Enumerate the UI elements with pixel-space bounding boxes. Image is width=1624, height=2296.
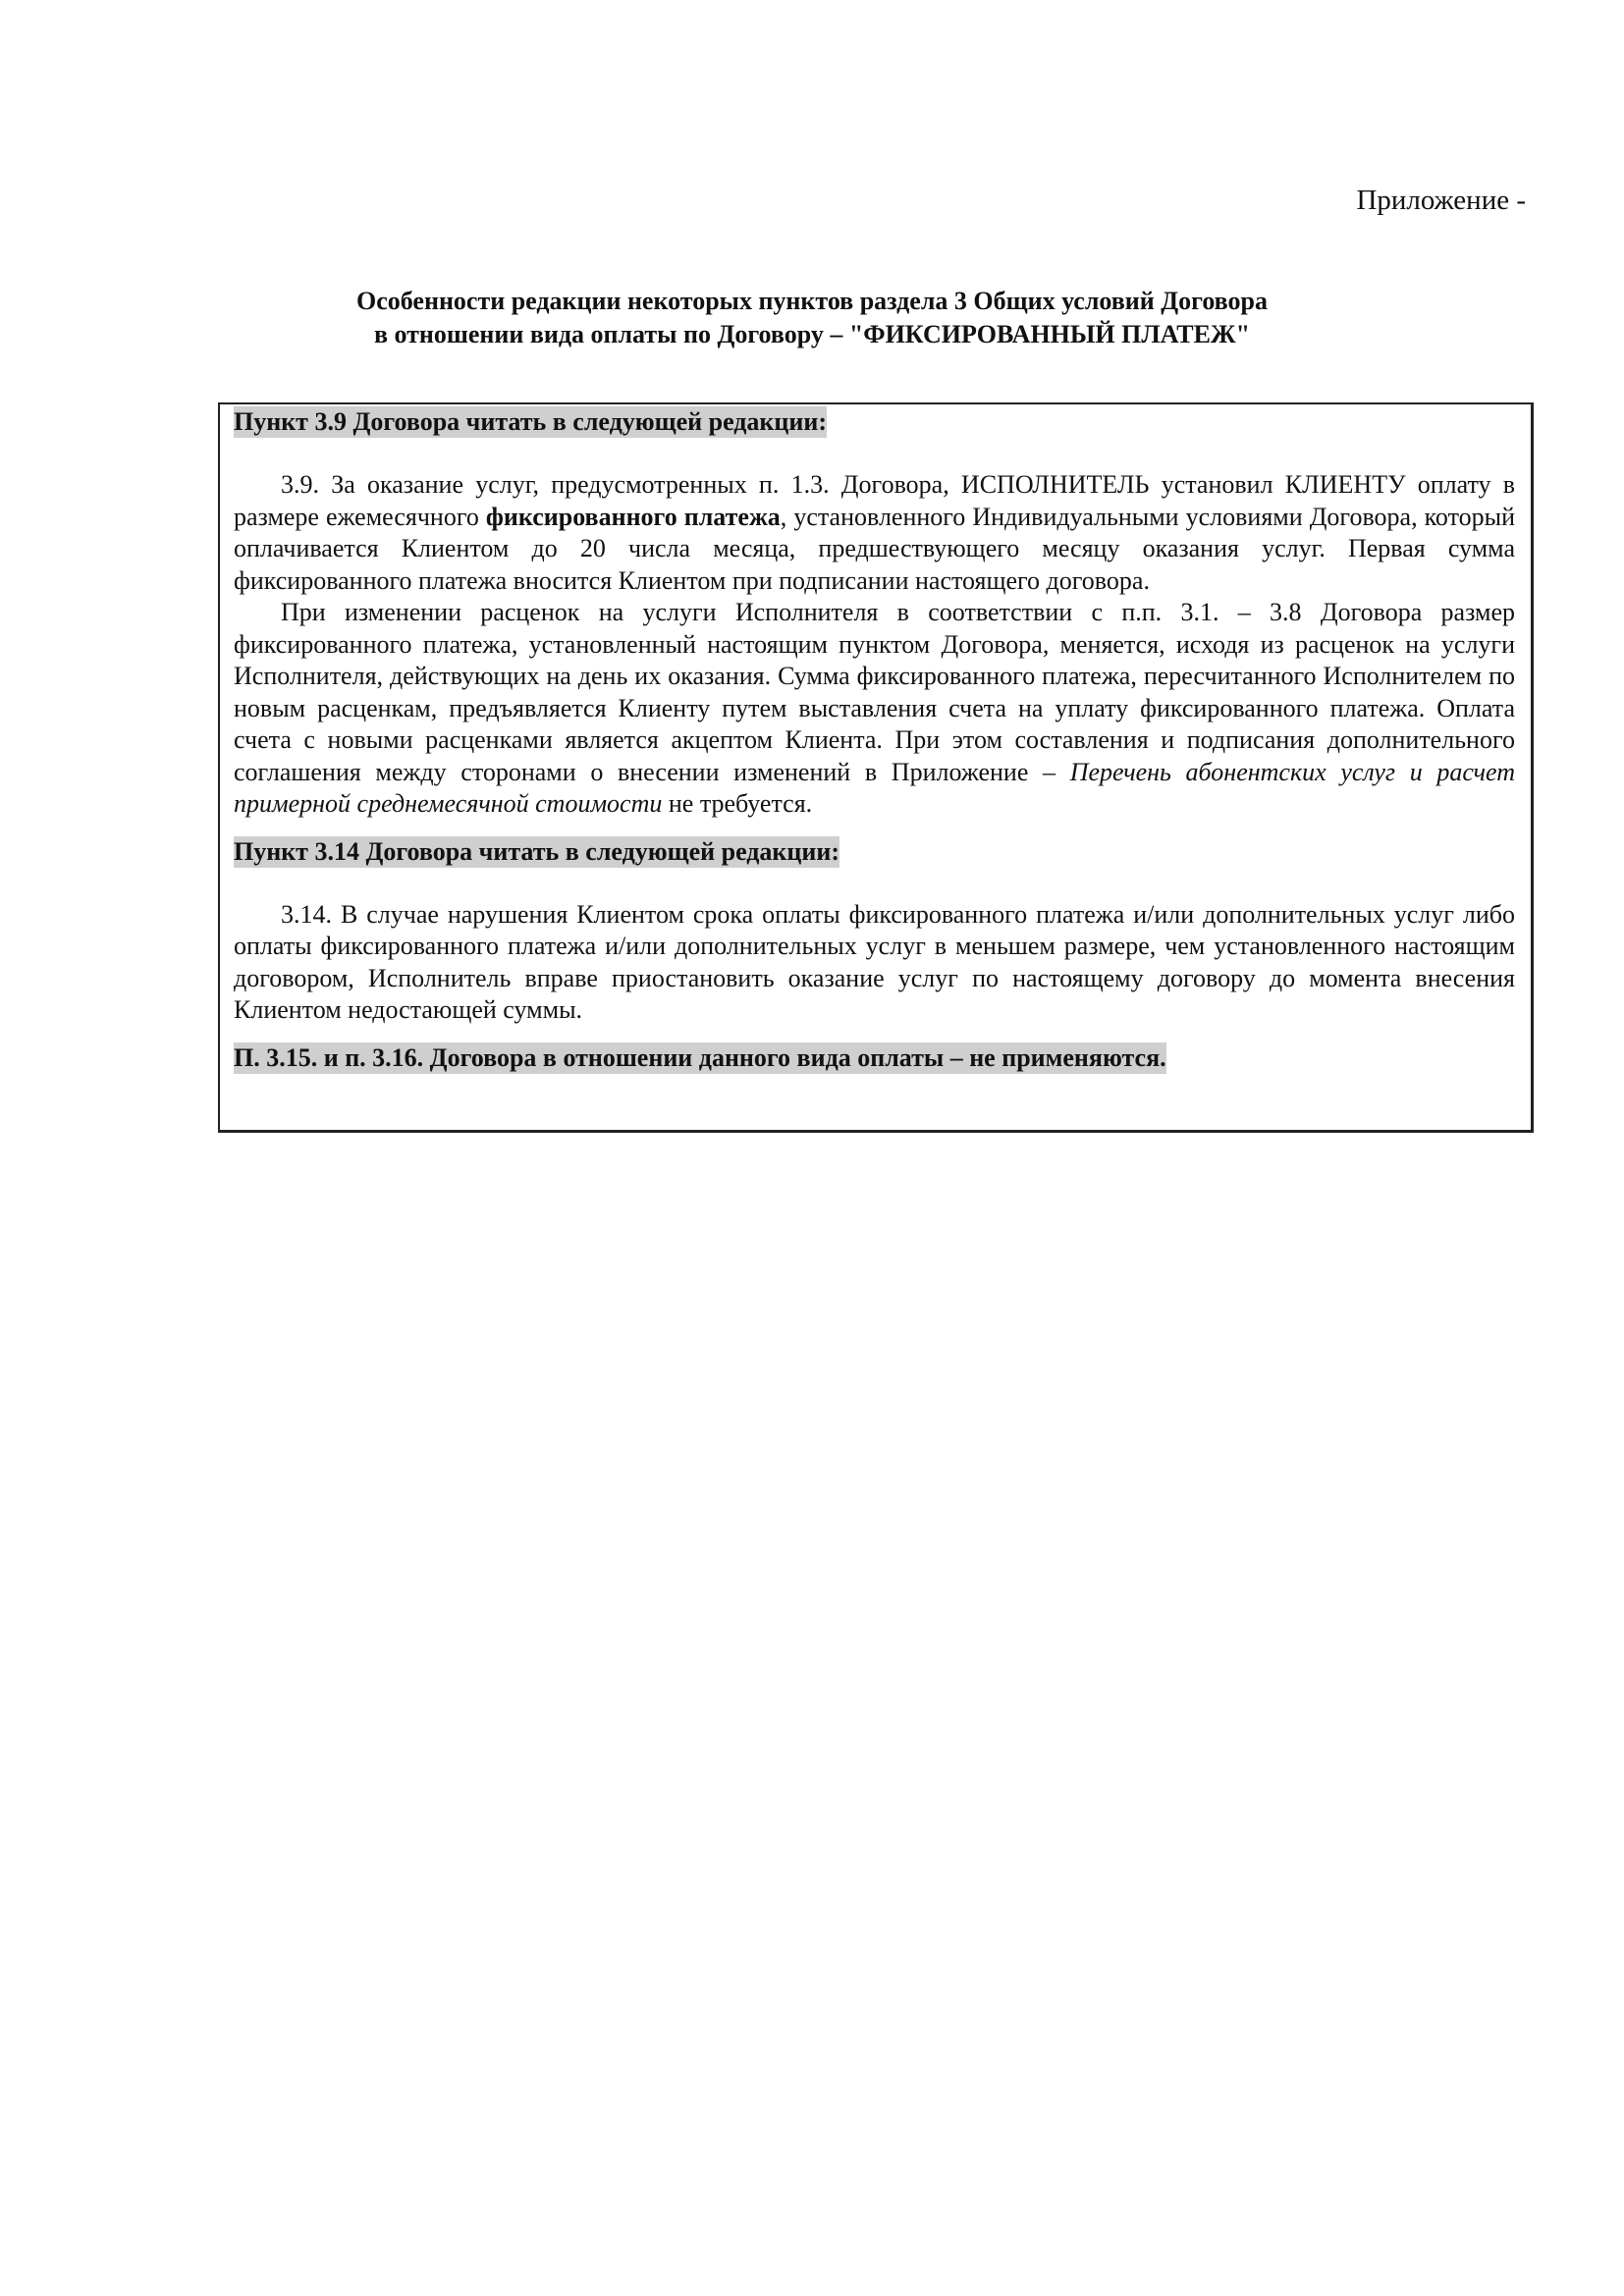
title-line-1: Особенности редакции некоторых пунктов р… xyxy=(0,285,1624,318)
section-heading-3-9: Пункт 3.9 Договора читать в следующей ре… xyxy=(234,406,827,438)
clause-text: не требуется. xyxy=(662,789,812,818)
clause-3-9-paragraph-1: 3.9. За оказание услуг, предусмотренных … xyxy=(234,469,1515,597)
clause-3-9-paragraph-2: При изменении расценок на услуги Исполни… xyxy=(234,597,1515,821)
section-heading-3-14: Пункт 3.14 Договора читать в следующей р… xyxy=(234,836,839,868)
document-title: Особенности редакции некоторых пунктов р… xyxy=(0,285,1624,351)
clause-bold-term: фиксированного платежа xyxy=(486,503,781,531)
amendments-box: Пункт 3.9 Договора читать в следующей ре… xyxy=(218,402,1534,1133)
appendix-label: Приложение - xyxy=(1356,185,1526,217)
section-heading-3-15-3-16: П. 3.15. и п. 3.16. Договора в отношении… xyxy=(234,1042,1166,1074)
title-line-2: в отношении вида оплаты по Договору – "Ф… xyxy=(0,318,1624,351)
clause-3-14-paragraph: 3.14. В случае нарушения Клиентом срока … xyxy=(234,899,1515,1027)
